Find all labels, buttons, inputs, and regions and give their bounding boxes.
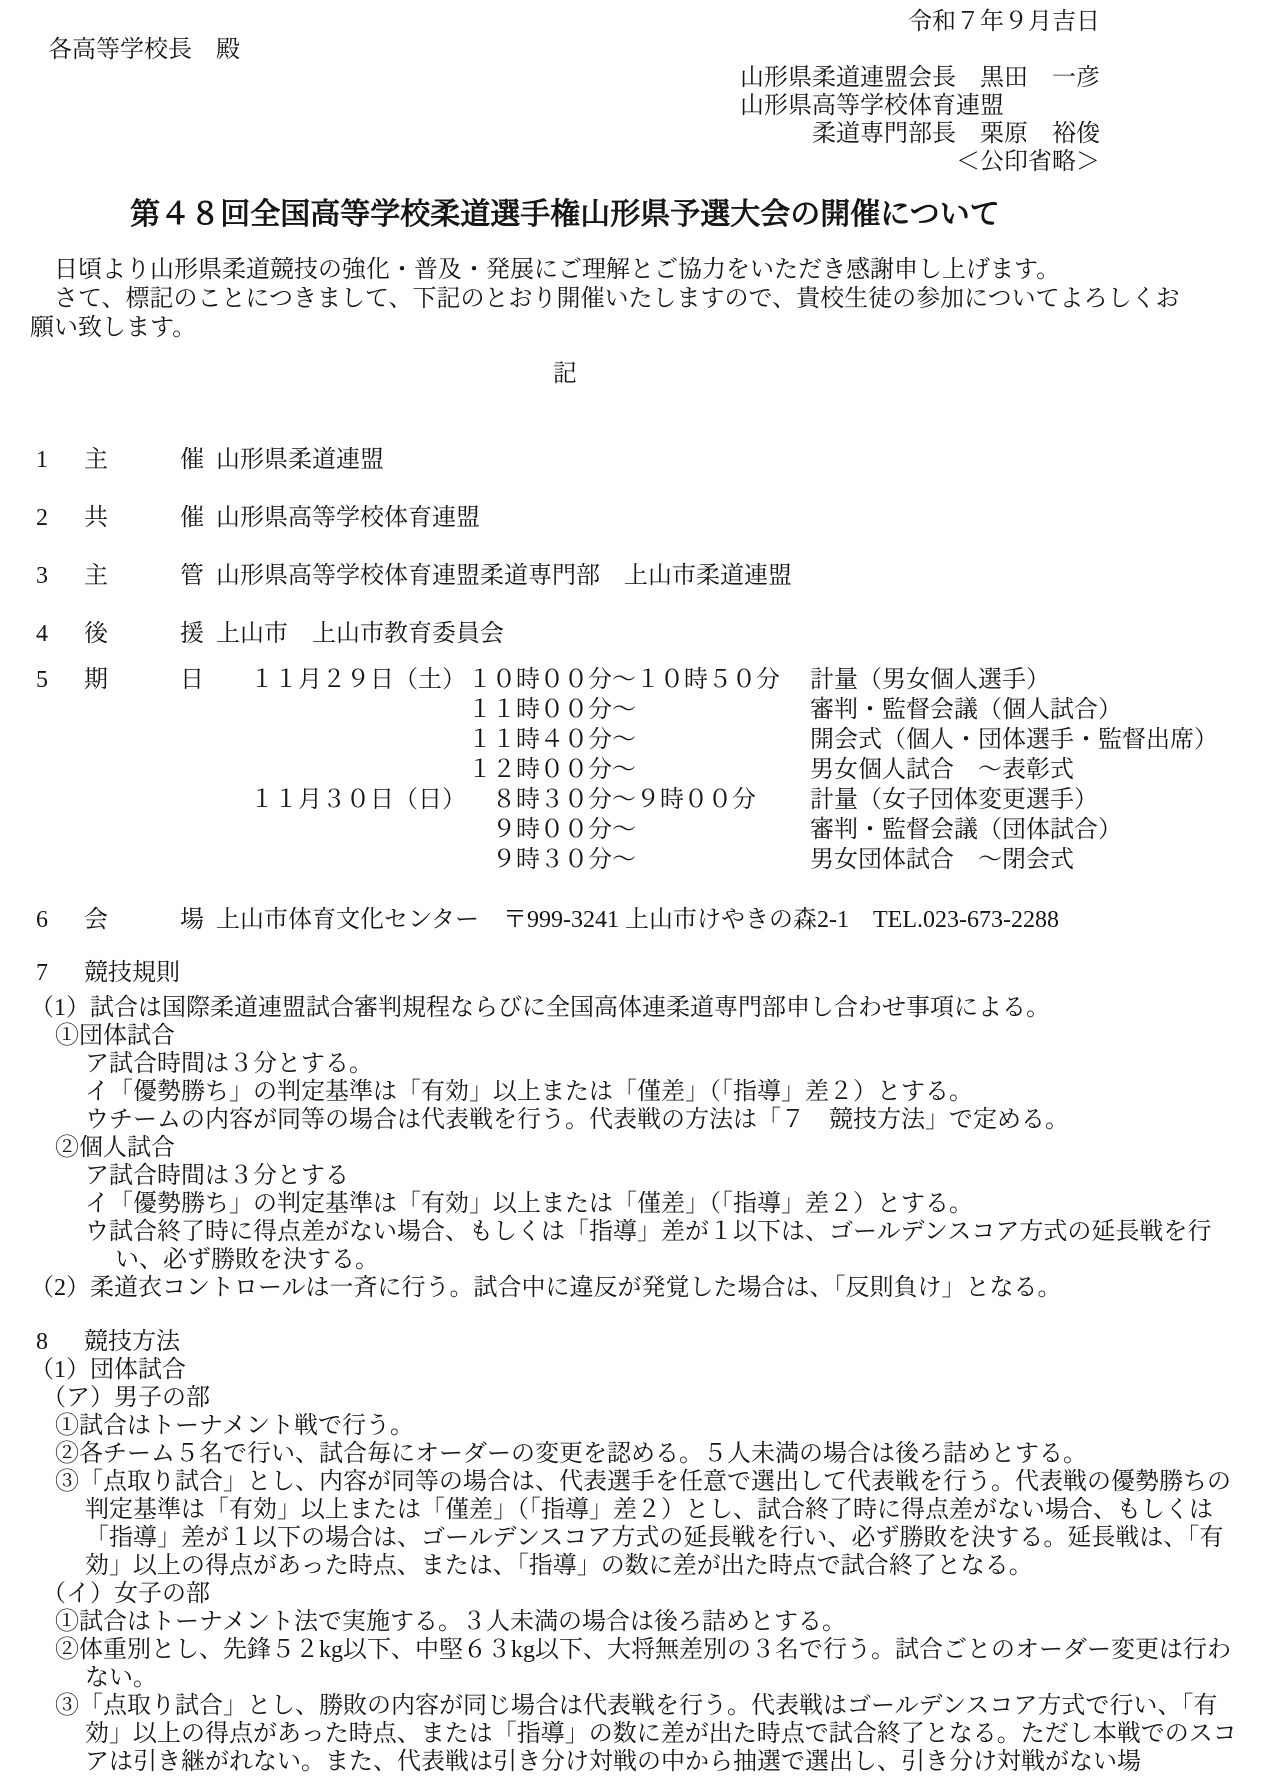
schedule-date: １１月３０日（日） — [250, 785, 468, 815]
item-label: 期 日 — [84, 665, 250, 695]
schedule-event: 計量（男女個人選手） — [810, 665, 1250, 695]
spacer — [36, 815, 84, 845]
schedule-row: １１時４０分～ 開会式（個人・団体選手・監督出席） — [30, 725, 1250, 755]
schedule-time: ９時３０分～ — [468, 845, 810, 875]
item-row-venue: 6 会 場 上山市体育文化センター 〒999-3241 上山市けやきの森2-1 … — [30, 905, 1250, 935]
spacer — [36, 785, 84, 815]
schedule-section: 5 期 日 １１月２９日（土） １０時００分～１０時５０分 計量（男女個人選手）… — [30, 665, 1250, 875]
sender-line-federation: 山形県高等学校体育連盟 — [740, 92, 1100, 120]
method-line-8: ②体重別とし、先鋒５２kg以下、中堅６３kg以下、大将無差別の３名で行う。試合ご… — [30, 1636, 1250, 1692]
rule-line-9: ウ試合終了時に得点差がない場合、もしくは「指導」差が１以下は、ゴールデンスコア方… — [30, 1218, 1250, 1274]
item-content: 山形県高等学校体育連盟柔道専門部 上山市柔道連盟 — [216, 561, 1250, 591]
schedule-row: １２時００分～ 男女個人試合 ～表彰式 — [30, 755, 1250, 785]
schedule-date — [250, 845, 468, 875]
item-number: 4 — [36, 619, 84, 649]
spacer — [84, 815, 250, 845]
item-content: 山形県高等学校体育連盟 — [216, 503, 1250, 533]
method-line-4: ②各チーム５名で行い、試合毎にオーダーの変更を認める。５人未満の場合は後ろ詰めと… — [30, 1440, 1250, 1468]
intro-paragraph-2: さて、標記のことにつきまして、下記のとおり開催いたしますので、貴校生徒の参加につ… — [30, 285, 1185, 343]
item-label: 主 催 — [84, 445, 216, 475]
schedule-date — [250, 815, 468, 845]
schedule-event: 開会式（個人・団体選手・監督出席） — [810, 725, 1250, 755]
schedule-event: 男女団体試合 ～閉会式 — [810, 845, 1250, 875]
spacer — [84, 755, 250, 785]
item-content: 上山市 上山市教育委員会 — [216, 619, 1250, 649]
item-number: 3 — [36, 561, 84, 591]
rules-section-body: （1）試合は国際柔道連盟試合審判規程ならびに全国高体連柔道専門部申し合わせ事項に… — [30, 994, 1250, 1302]
schedule-event: 審判・監督会議（団体試合） — [810, 815, 1250, 845]
schedule-date — [250, 755, 468, 785]
sender-block-wrap: 山形県柔道連盟会長 黒田 一彦 山形県高等学校体育連盟 柔道専門部長 栗原 裕俊… — [30, 64, 1250, 176]
document-page: 令和７年９月吉日 各高等学校長 殿 山形県柔道連盟会長 黒田 一彦 山形県高等学… — [0, 0, 1280, 1781]
intro-section: 日頃より山形県柔道競技の強化・普及・発展にご理解とご協力をいただき感謝申し上げま… — [30, 256, 1250, 343]
method-line-5: ③「点取り試合」とし、内容が同等の場合は、代表選手を任意で選出して代表戦を行う。… — [30, 1468, 1250, 1580]
document-title: 第４８回全国高等学校柔道選手権山形県予選大会の開催について — [30, 194, 1250, 236]
section-title: 競技規則 — [84, 959, 180, 987]
item-row-support: 4 後 援 上山市 上山市教育委員会 — [30, 619, 1250, 649]
method-line-1: （1）団体試合 — [30, 1356, 1250, 1384]
schedule-time: １１時００分～ — [468, 695, 810, 725]
method-line-6: （イ）女子の部 — [30, 1580, 1250, 1608]
item-label: 後 援 — [84, 619, 216, 649]
schedule-date — [250, 725, 468, 755]
rule-line-2: ①団体試合 — [30, 1022, 1250, 1050]
issue-date: 令和７年９月吉日 — [30, 8, 1250, 36]
schedule-event: 男女個人試合 ～表彰式 — [810, 755, 1250, 785]
rule-line-7: ア試合時間は３分とする — [30, 1162, 1250, 1190]
spacer — [36, 725, 84, 755]
method-line-7: ①試合はトーナメント法で実施する。３人未満の場合は後ろ詰めとする。 — [30, 1608, 1250, 1636]
schedule-time: ８時３０分～９時００分 — [468, 785, 810, 815]
spacer — [84, 725, 250, 755]
item-content: 山形県柔道連盟 — [216, 445, 1250, 475]
item-number: 5 — [36, 665, 84, 695]
intro-paragraph-1: 日頃より山形県柔道競技の強化・普及・発展にご理解とご協力をいただき感謝申し上げま… — [30, 256, 1185, 285]
schedule-time: １２時００分～ — [468, 755, 810, 785]
item-row-cohost: 2 共 催 山形県高等学校体育連盟 — [30, 503, 1250, 533]
sender-block: 山形県柔道連盟会長 黒田 一彦 山形県高等学校体育連盟 柔道専門部長 栗原 裕俊… — [740, 64, 1100, 176]
item-row-management: 3 主 管 山形県高等学校体育連盟柔道専門部 上山市柔道連盟 — [30, 561, 1250, 591]
schedule-event: 計量（女子団体変更選手） — [810, 785, 1250, 815]
schedule-row: ９時３０分～ 男女団体試合 ～閉会式 — [30, 845, 1250, 875]
schedule-row: １１時００分～ 審判・監督会議（個人試合） — [30, 695, 1250, 725]
method-line-9: ③「点取り試合」とし、勝敗の内容が同じ場合は代表戦を行う。代表戦はゴールデンスコ… — [30, 1692, 1250, 1776]
method-line-2: （ア）男子の部 — [30, 1384, 1250, 1412]
recipient-line: 各高等学校長 殿 — [48, 36, 1250, 64]
schedule-date: １１月２９日（土） — [250, 665, 468, 695]
rule-line-8: イ「優勢勝ち」の判定基準は「有効」以上または「僅差」（「指導」差２）とする。 — [30, 1190, 1250, 1218]
item-number: 2 — [36, 503, 84, 533]
schedule-row: １１月３０日（日） ８時３０分～９時００分 計量（女子団体変更選手） — [30, 785, 1250, 815]
spacer — [84, 845, 250, 875]
sender-line-division-chief: 柔道専門部長 栗原 裕俊 — [740, 120, 1100, 148]
section-number: 8 — [36, 1328, 84, 1356]
schedule-time: １０時００分～１０時５０分 — [468, 665, 810, 695]
rule-line-5: ウチームの内容が同等の場合は代表戦を行う。代表戦の方法は「７ 競技方法」で定める… — [30, 1106, 1250, 1134]
spacer — [84, 785, 250, 815]
rule-line-10: （2）柔道衣コントロールは一斉に行う。試合中に違反が発覚した場合は、「反則負け」… — [30, 1274, 1250, 1302]
section-number: 7 — [36, 959, 84, 987]
schedule-row: 5 期 日 １１月２９日（土） １０時００分～１０時５０分 計量（男女個人選手） — [30, 665, 1250, 695]
item-label: 共 催 — [84, 503, 216, 533]
schedule-time: １１時４０分～ — [468, 725, 810, 755]
rule-line-3: ア試合時間は３分とする。 — [30, 1050, 1250, 1078]
spacer — [84, 695, 250, 725]
sender-line-president: 山形県柔道連盟会長 黒田 一彦 — [740, 64, 1100, 92]
rule-line-1: （1）試合は国際柔道連盟試合審判規程ならびに全国高体連柔道専門部申し合わせ事項に… — [30, 994, 1250, 1022]
schedule-event: 審判・監督会議（個人試合） — [810, 695, 1250, 725]
rule-line-4: イ「優勢勝ち」の判定基準は「有効」以上または「僅差」（「指導」差２）とする。 — [30, 1078, 1250, 1106]
record-mark: 記 — [30, 359, 1250, 389]
venue-address: 上山市体育文化センター 〒999-3241 上山市けやきの森2-1 TEL.02… — [216, 905, 1250, 935]
schedule-row: ９時００分～ 審判・監督会議（団体試合） — [30, 815, 1250, 845]
spacer — [36, 695, 84, 725]
item-row-host: 1 主 催 山形県柔道連盟 — [30, 445, 1250, 475]
rules-section-heading: 7 競技規則 — [30, 959, 1250, 987]
seal-omitted-note: ＜公印省略＞ — [740, 148, 1100, 176]
spacer — [36, 755, 84, 785]
item-label: 会 場 — [84, 905, 216, 935]
method-line-3: ①試合はトーナメント戦で行う。 — [30, 1412, 1250, 1440]
methods-section-heading: 8 競技方法 — [30, 1328, 1250, 1356]
spacer — [36, 845, 84, 875]
item-label: 主 管 — [84, 561, 216, 591]
item-number: 6 — [36, 905, 84, 935]
schedule-time: ９時００分～ — [468, 815, 810, 845]
schedule-date — [250, 695, 468, 725]
item-number: 1 — [36, 445, 84, 475]
section-title: 競技方法 — [84, 1328, 180, 1356]
methods-section-body: （1）団体試合 （ア）男子の部 ①試合はトーナメント戦で行う。 ②各チーム５名で… — [30, 1356, 1250, 1776]
rule-line-6: ②個人試合 — [30, 1134, 1250, 1162]
